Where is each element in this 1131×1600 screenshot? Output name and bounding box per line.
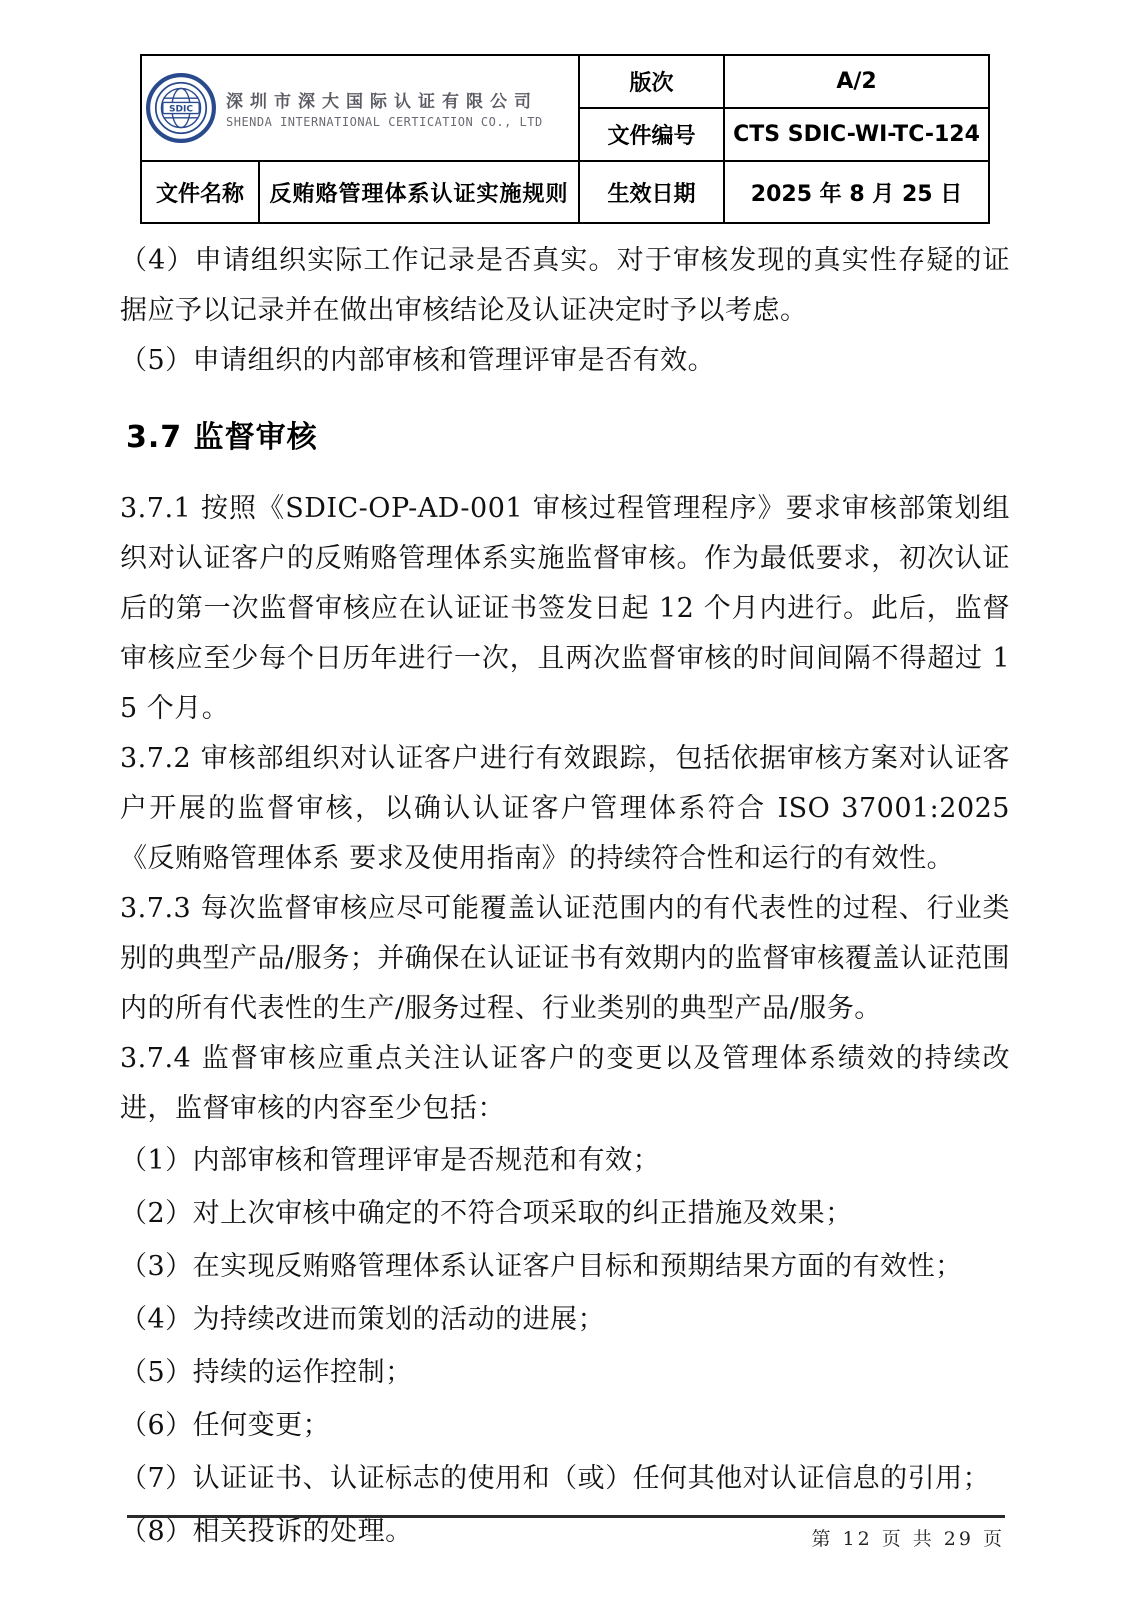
paragraph-3-7-2: 3.7.2 审核部组织对认证客户进行有效跟踪，包括依据审核方案对认证客户开展的监…: [120, 734, 1010, 884]
paragraph-3-7-4: 3.7.4 监督审核应重点关注认证客户的变更以及管理体系绩效的持续改进，监督审核…: [120, 1034, 1010, 1134]
list-item-2: （2）对上次审核中确定的不符合项采取的纠正措施及效果；: [120, 1187, 1010, 1240]
list-item-3: （3）在实现反贿赂管理体系认证客户目标和预期结果方面的有效性；: [120, 1240, 1010, 1293]
sdic-logo-icon: SDIC: [146, 73, 216, 143]
paragraph-3-7-1: 3.7.1 按照《SDIC-OP-AD-001 审核过程管理程序》要求审核部策划…: [120, 484, 1010, 734]
effective-date-label: 生效日期: [579, 161, 724, 223]
doc-name-label: 文件名称: [141, 161, 259, 223]
paragraph-item-4: （4）申请组织实际工作记录是否真实。对于审核发现的真实性存疑的证据应予以记录并在…: [120, 236, 1010, 336]
logo-text: SDIC: [169, 105, 193, 115]
list-item-5: （5）持续的运作控制；: [120, 1346, 1010, 1399]
company-identity: SDIC 深圳市深大国际认证有限公司 SHENDA INTERNATIONAL …: [146, 73, 574, 143]
page-number: 第 12 页 共 29 页: [127, 1524, 1005, 1551]
doc-number-label: 文件编号: [579, 108, 724, 161]
document-header-table: SDIC 深圳市深大国际认证有限公司 SHENDA INTERNATIONAL …: [140, 54, 990, 224]
company-identity-cell: SDIC 深圳市深大国际认证有限公司 SHENDA INTERNATIONAL …: [141, 55, 579, 161]
document-body: （4）申请组织实际工作记录是否真实。对于审核发现的真实性存疑的证据应予以记录并在…: [120, 236, 1010, 1558]
page-footer: 第 12 页 共 29 页: [127, 1515, 1005, 1551]
version-label: 版次: [579, 55, 724, 108]
doc-number-value: CTS SDIC-WI-TC-124: [724, 108, 989, 161]
company-name-chinese: 深圳市深大国际认证有限公司: [226, 87, 543, 112]
company-names: 深圳市深大国际认证有限公司 SHENDA INTERNATIONAL CERTI…: [226, 87, 543, 129]
list-item-6: （6）任何变更；: [120, 1399, 1010, 1452]
effective-date-value: 2025 年 8 月 25 日: [724, 161, 989, 223]
paragraph-item-5: （5）申请组织的内部审核和管理评审是否有效。: [120, 336, 1010, 386]
list-item-1: （1）内部审核和管理评审是否规范和有效；: [120, 1134, 1010, 1187]
document-page: SDIC 深圳市深大国际认证有限公司 SHENDA INTERNATIONAL …: [0, 0, 1131, 1600]
company-name-english: SHENDA INTERNATIONAL CERTICATION CO., LT…: [226, 115, 543, 129]
doc-name-value: 反贿赂管理体系认证实施规则: [259, 161, 579, 223]
version-value: A/2: [724, 55, 989, 108]
paragraph-3-7-3: 3.7.3 每次监督审核应尽可能覆盖认证范围内的有代表性的过程、行业类别的典型产…: [120, 884, 1010, 1034]
section-heading-3-7: 3.7 监督审核: [120, 416, 1010, 460]
footer-divider: [127, 1515, 1005, 1518]
list-item-7: （7）认证证书、认证标志的使用和（或）任何其他对认证信息的引用；: [120, 1452, 1010, 1505]
list-item-4: （4）为持续改进而策划的活动的进展；: [120, 1293, 1010, 1346]
